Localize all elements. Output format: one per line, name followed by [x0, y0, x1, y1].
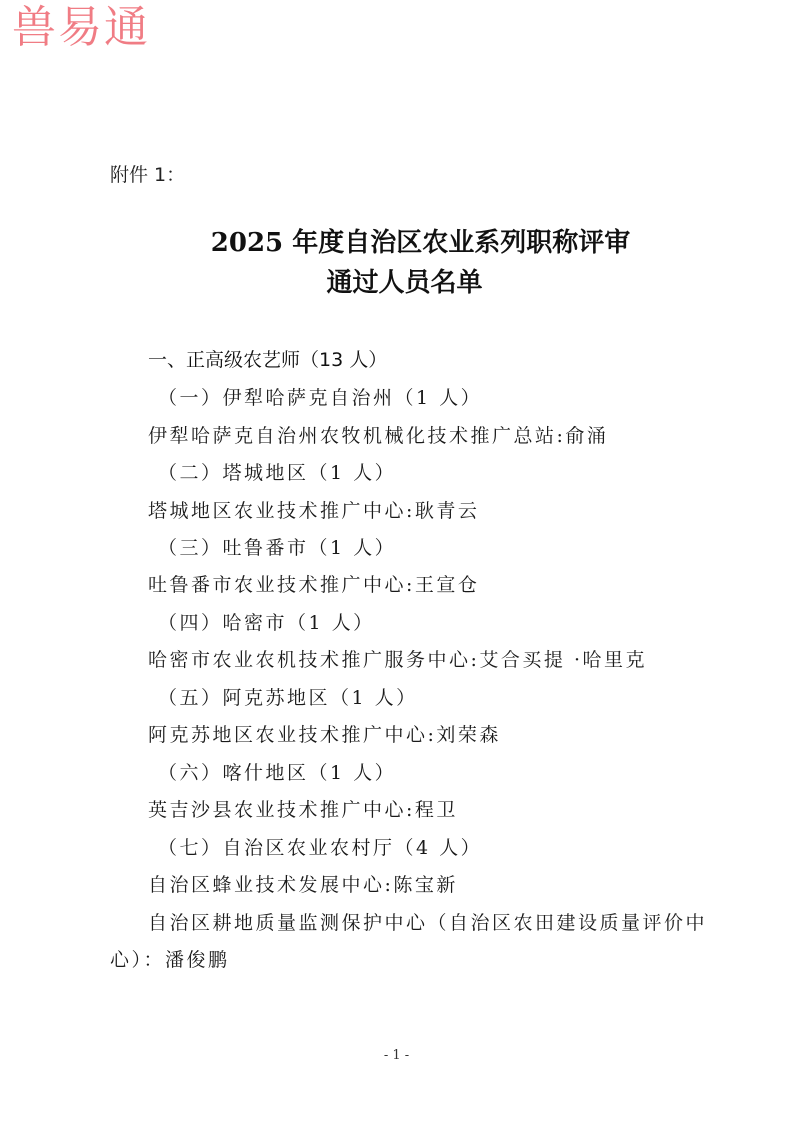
group-label: （三）吐鲁番市（1 人）	[158, 533, 396, 560]
group-label: （七）自治区农业农村厅（4 人）	[158, 833, 482, 860]
group-label: （五）阿克苏地区（1 人）	[158, 683, 418, 710]
group-label: （四）哈密市（1 人）	[158, 608, 375, 635]
document-title-line-2: 通过人员名单	[8, 262, 793, 299]
page-number: - 1 -	[0, 1048, 793, 1063]
watermark: 兽易通	[12, 2, 150, 54]
group-label: （一）伊犁哈萨克自治州（1 人）	[158, 383, 482, 410]
list-item: 英吉沙县农业技术推广中心:程卫	[148, 795, 458, 822]
list-item: 伊犁哈萨克自治州农牧机械化技术推广总站:俞涌	[148, 421, 608, 448]
list-item-continuation: 心）：潘俊鹏	[110, 945, 230, 972]
section-heading: 一、正高级农艺师（13 人）	[148, 345, 387, 372]
list-item: 阿克苏地区农业技术推广中心:刘荣森	[148, 720, 501, 747]
attachment-label: 附件 1：	[110, 160, 185, 187]
list-item: 自治区蜂业技术发展中心:陈宝新	[148, 870, 458, 897]
group-label: （二）塔城地区（1 人）	[158, 458, 396, 485]
document-title-line-1: 2025 年度自治区农业系列职称评审	[24, 222, 793, 259]
group-label: （六）喀什地区（1 人）	[158, 758, 396, 785]
list-item: 自治区耕地质量监测保护中心（自治区农田建设质量评价中	[148, 908, 707, 935]
list-item: 吐鲁番市农业技术推广中心:王宣仓	[148, 570, 479, 597]
list-item: 哈密市农业农机技术推广服务中心:艾合买提 ·哈里克	[148, 645, 647, 672]
list-item: 塔城地区农业技术推广中心:耿青云	[148, 496, 479, 523]
